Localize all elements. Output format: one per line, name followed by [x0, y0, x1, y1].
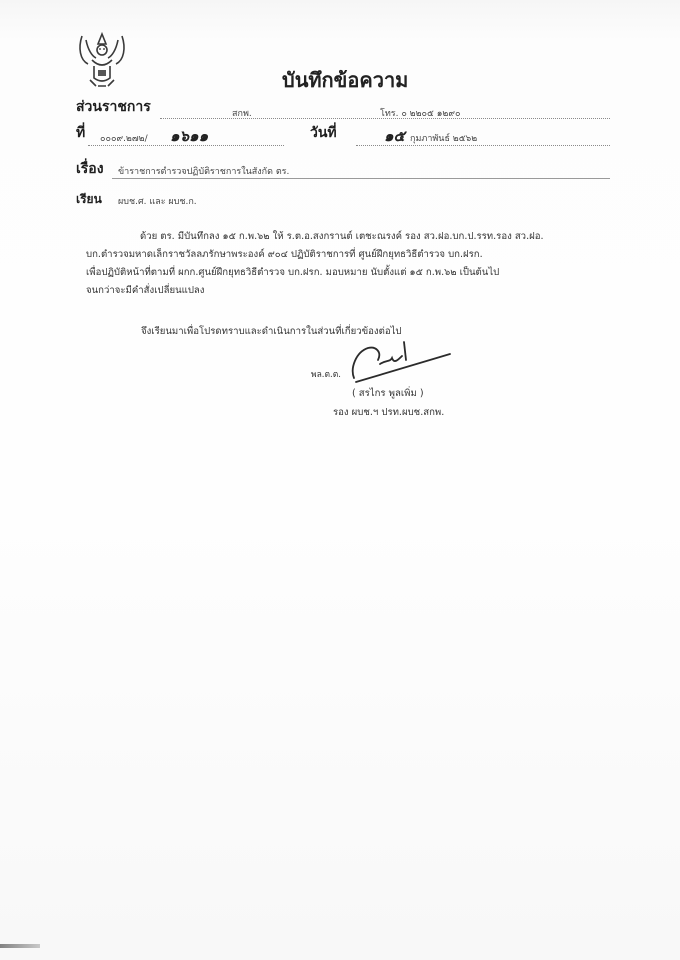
phone-value: โทร. ๐ ๒๒๐๕ ๑๒๙๐ — [380, 106, 460, 120]
number-label: ที่ — [76, 122, 85, 144]
memo-page: บันทึกข้อความ ส่วนราชการ สกพ. โทร. ๐ ๒๒๐… — [0, 0, 680, 960]
body-line: จนกว่าจะมีคำสั่งเปลี่ยนแปลง — [86, 282, 626, 300]
date-handwritten: ๑๕ — [384, 124, 405, 148]
subject-value: ข้าราชการตำรวจปฏิบัติราชการในสังกัด ตร. — [118, 164, 289, 178]
signer-position: รอง ผบช.ฯ ปรท.ผบช.สกพ. — [333, 405, 444, 420]
body-line: เพื่อปฏิบัติหน้าที่ตามที่ ผกก.ศูนย์ฝึกยุ… — [86, 264, 626, 282]
subject-underline — [112, 178, 610, 179]
department-label: ส่วนราชการ — [76, 96, 151, 118]
signature-icon — [346, 338, 456, 384]
document-title: บันทึกข้อความ — [282, 64, 408, 96]
body-line: ด้วย ตร. มีบันทึกลง ๑๕ ก.พ.๖๒ ให้ ร.ต.อ.… — [86, 228, 626, 246]
garuda-emblem-icon — [74, 30, 130, 88]
number-value: ๐๐๐๙.๒๗๒/ — [100, 131, 148, 145]
signer-name: ( สรไกร พูลเพิ่ม ) — [352, 386, 424, 401]
number-handwritten: ๑๖๑๑ — [170, 124, 208, 148]
to-value: ผบช.ศ. และ ผบช.ก. — [118, 194, 197, 208]
subject-label: เรื่อง — [76, 158, 104, 180]
to-label: เรียน — [76, 190, 102, 209]
date-label: วันที่ — [310, 122, 337, 144]
date-value: กุมภาพันธ์ ๒๕๖๒ — [410, 131, 477, 145]
scan-edge-mark — [0, 944, 40, 948]
body-line: บก.ตำรวจมหาดเล็กราชวัลลภรักษาพระองค์ ๙๐๔… — [86, 246, 626, 264]
memo-body: ด้วย ตร. มีบันทึกลง ๑๕ ก.พ.๖๒ ให้ ร.ต.อ.… — [86, 228, 626, 300]
closing-statement: จึงเรียนมาเพื่อโปรดทราบและดำเนินการในส่ว… — [141, 324, 402, 339]
department-value: สกพ. — [232, 106, 252, 120]
signer-rank: พล.ต.ต. — [311, 367, 341, 381]
